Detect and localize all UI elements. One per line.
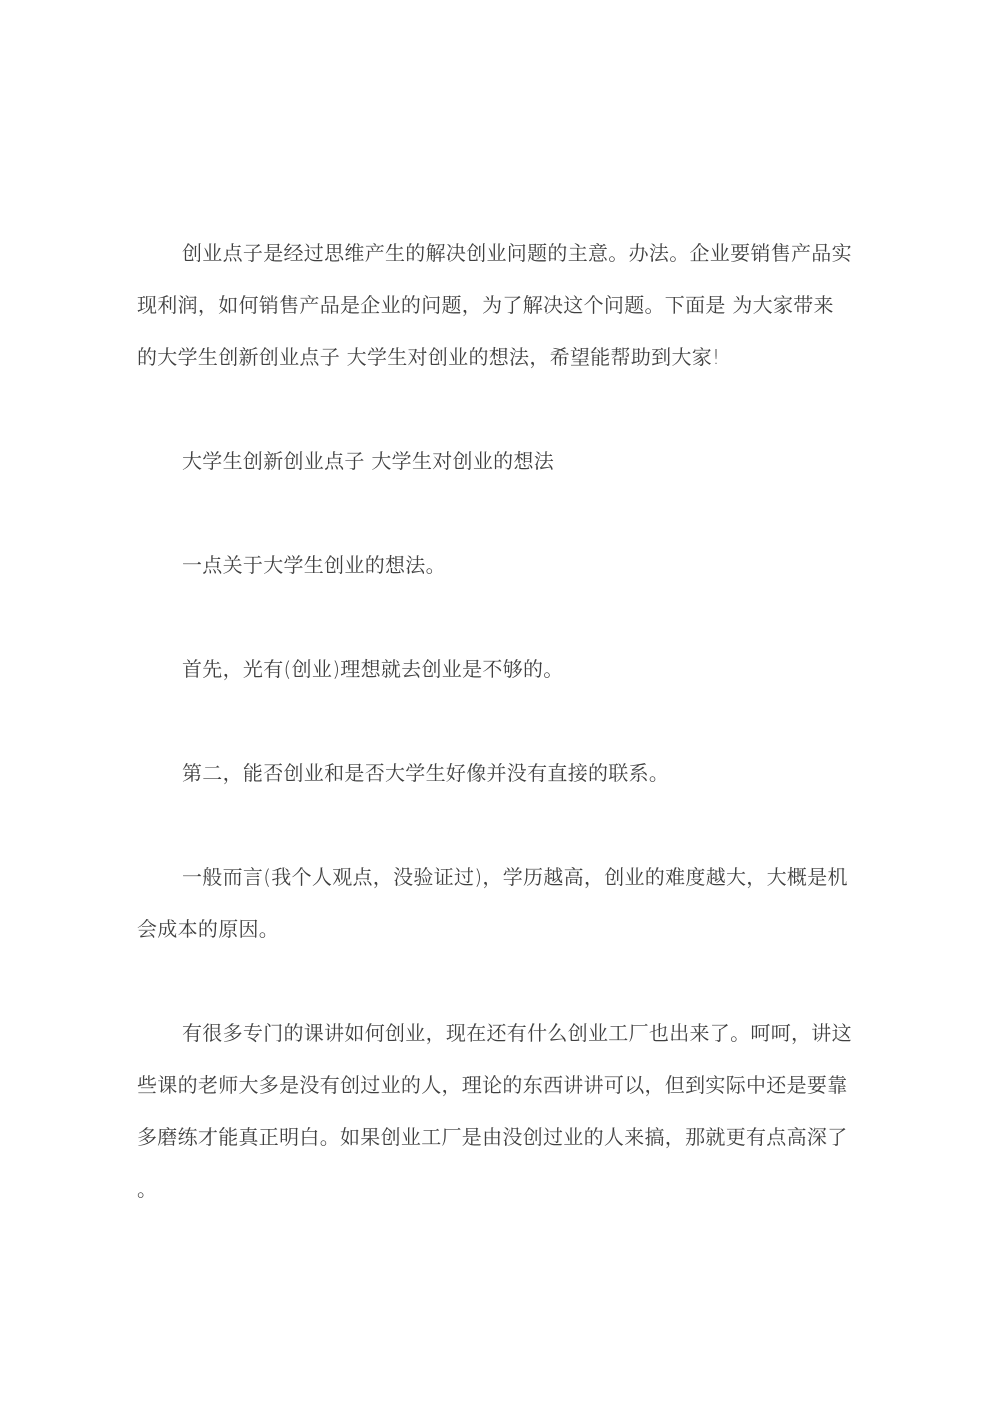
text-line: 现利润，如何销售产品是企业的问题，为了解决这个问题。下面是 为大家带来	[137, 279, 853, 331]
paragraph: 创业点子是经过思维产生的解决创业问题的主意。办法。企业要销售产品实 现利润，如何…	[137, 227, 853, 383]
paragraph: 一般而言(我个人观点，没验证过)，学历越高，创业的难度越大，大概是机 会成本的原…	[137, 851, 853, 955]
document-body: 创业点子是经过思维产生的解决创业问题的主意。办法。企业要销售产品实 现利润，如何…	[137, 227, 853, 1267]
text-line: 一般而言(我个人观点，没验证过)，学历越高，创业的难度越大，大概是机	[137, 851, 853, 903]
text-line: 有很多专门的课讲如何创业，现在还有什么创业工厂也出来了。呵呵，讲这	[137, 1007, 853, 1059]
text-line: 些课的老师大多是没有创过业的人，理论的东西讲讲可以，但到实际中还是要靠	[137, 1059, 853, 1111]
text-line: 创业点子是经过思维产生的解决创业问题的主意。办法。企业要销售产品实	[137, 227, 853, 279]
paragraph: 第二，能否创业和是否大学生好像并没有直接的联系。	[137, 747, 853, 799]
text-line: 第二，能否创业和是否大学生好像并没有直接的联系。	[137, 747, 853, 799]
document-page: 创业点子是经过思维产生的解决创业问题的主意。办法。企业要销售产品实 现利润，如何…	[0, 0, 993, 1404]
text-line: 一点关于大学生创业的想法。	[137, 539, 853, 591]
paragraph: 有很多专门的课讲如何创业，现在还有什么创业工厂也出来了。呵呵，讲这 些课的老师大…	[137, 1007, 853, 1215]
text-line: 大学生创新创业点子 大学生对创业的想法	[137, 435, 853, 487]
text-line: 多磨练才能真正明白。如果创业工厂是由没创过业的人来搞，那就更有点高深了	[137, 1111, 853, 1163]
paragraph: 一点关于大学生创业的想法。	[137, 539, 853, 591]
text-line: 首先，光有(创业)理想就去创业是不够的。	[137, 643, 853, 695]
text-line: 会成本的原因。	[137, 903, 853, 955]
paragraph: 大学生创新创业点子 大学生对创业的想法	[137, 435, 853, 487]
text-line: 的大学生创新创业点子 大学生对创业的想法，希望能帮助到大家!	[137, 331, 853, 383]
paragraph: 首先，光有(创业)理想就去创业是不够的。	[137, 643, 853, 695]
text-line: 。	[137, 1163, 853, 1215]
